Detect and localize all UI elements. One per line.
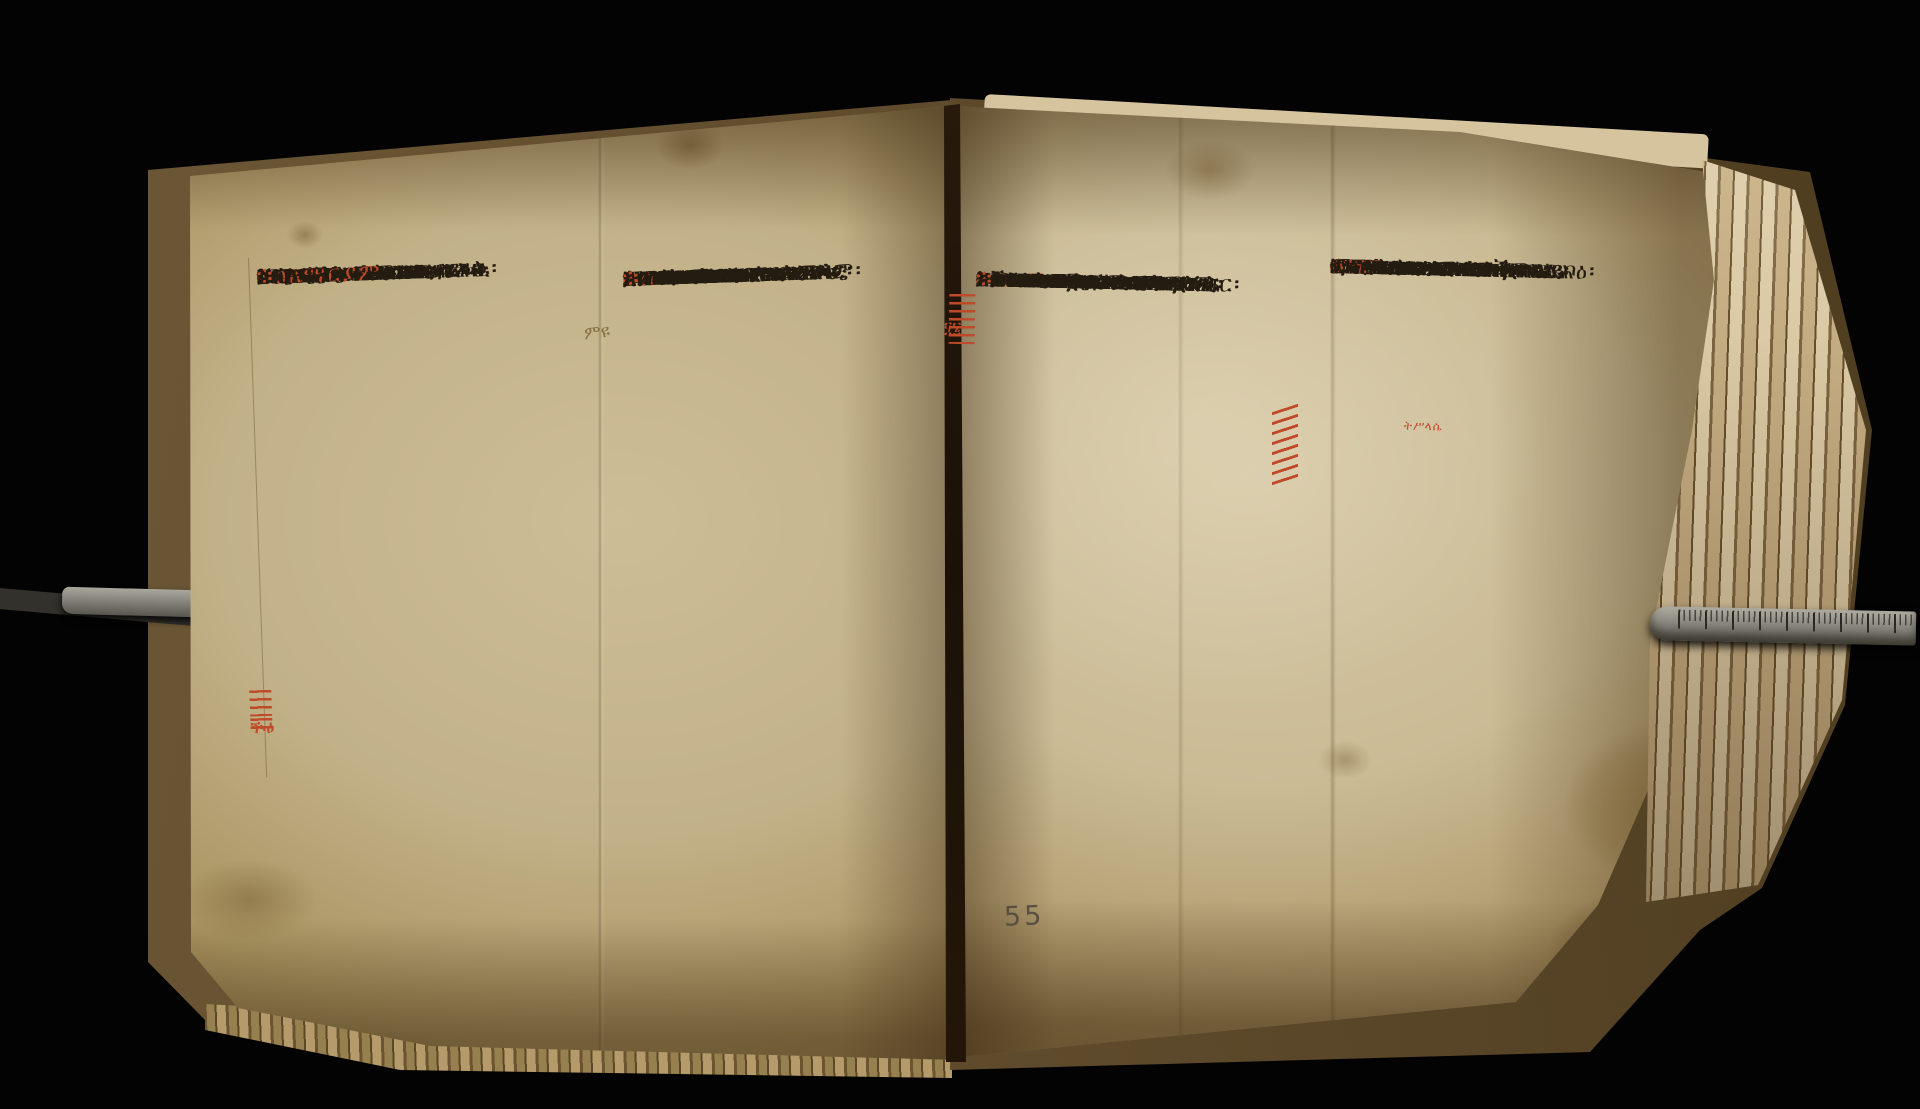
red-diagonal-section-mark [1272,404,1298,488]
red-gutter-section-mark: ፶፮ [944,292,981,347]
manuscript-photograph: ዕድ ሜ፨ሰለከ፡ቺ ዋ፡ስዩከ፡ብፀዕ፨ንጉሎ፡ክሎል፡በጌሮ፡መዊእ፨ኾንኒ… [0,0,1920,1109]
gutter-mark-number: ፶፮ [944,318,962,338]
faded-ink-marginal-note: ምዩ [583,321,611,345]
metal-ruler [1650,606,1917,646]
red-bars-icon [249,690,272,717]
red-margin-section-mark: ⶔዕ [249,687,281,736]
red-bars-icon [949,294,975,316]
pencil-folio-number: 55 [1003,900,1044,932]
interlinear-red-note: ትሥላሴ [1404,419,1443,435]
ruler-tick-marks [1678,610,1912,634]
margin-mark-text: ⶔዕ [250,718,274,739]
